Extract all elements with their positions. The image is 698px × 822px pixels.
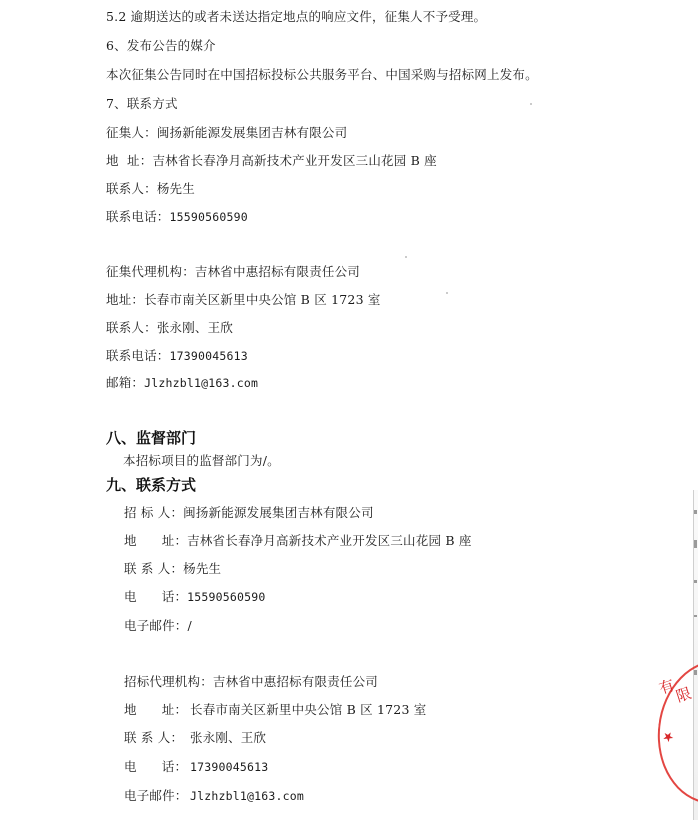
phone-row: 联系电话：15590560590 — [106, 209, 248, 225]
tender-agency-email-row: 电子邮件：Jlzhzbl1@163.com — [124, 788, 304, 804]
phone-value: 15590560590 — [170, 210, 248, 224]
tender-contact-label: 联 系 人： — [124, 561, 183, 577]
tender-agency-contact-value: 张永刚、王欣 — [190, 730, 266, 745]
scan-mark — [694, 615, 697, 617]
tender-agency-value: 吉林省中惠招标有限责任公司 — [213, 674, 378, 689]
address-label: 地 址： — [106, 153, 152, 169]
agency-email-value: Jlzhzbl1@163.com — [144, 376, 258, 390]
agency-label: 征集代理机构： — [106, 264, 195, 280]
agency-phone-value: 17390045613 — [170, 349, 248, 363]
agency-contact-value: 张永刚、王欣 — [157, 320, 233, 335]
contact-label: 联系人： — [106, 181, 157, 197]
document-page: 5.2 逾期送达的或者未送达指定地点的响应文件，征集人不予受理。 6、发布公告的… — [0, 0, 698, 822]
tenderer-row: 招 标 人：闽扬新能源发展集团吉林有限公司 — [124, 505, 374, 521]
agency-contact-label: 联系人： — [106, 320, 157, 336]
item-5-2-text: 5.2 逾期送达的或者未送达指定地点的响应文件，征集人不予受理。 — [106, 9, 486, 25]
tender-agency-label: 招标代理机构： — [124, 674, 213, 690]
phone-label: 联系电话： — [106, 209, 170, 225]
scan-speck — [405, 256, 407, 258]
agency-address-value: 长春市南关区新里中央公馆 B 区 1723 室 — [144, 292, 381, 307]
tender-address-label: 地 址： — [124, 533, 187, 549]
scan-mark — [694, 540, 697, 548]
solicitor-value: 闽扬新能源发展集团吉林有限公司 — [157, 125, 348, 140]
scan-speck — [530, 103, 532, 105]
agency-phone-label: 联系电话： — [106, 348, 170, 364]
agency-value: 吉林省中惠招标有限责任公司 — [195, 264, 360, 279]
tender-address-value: 吉林省长春净月高新技术产业开发区三山花园 B 座 — [187, 533, 471, 548]
tenderer-label: 招 标 人： — [124, 505, 183, 521]
tender-agency-address-row: 地 址：长春市南关区新里中央公馆 B 区 1723 室 — [124, 702, 427, 718]
solicitor-row: 征集人：闽扬新能源发展集团吉林有限公司 — [106, 125, 347, 141]
solicitor-label: 征集人： — [106, 125, 157, 141]
tender-agency-phone-row: 电 话：17390045613 — [124, 759, 268, 775]
section-9-title: 九、联系方式 — [106, 476, 196, 494]
agency-email-row: 邮箱：Jlzhzbl1@163.com — [106, 375, 258, 391]
tender-phone-label: 电 话： — [124, 589, 187, 605]
scan-speck — [446, 292, 448, 294]
tender-agency-contact-row: 联 系 人：张永刚、王欣 — [124, 730, 266, 746]
tender-agency-email-value: Jlzhzbl1@163.com — [190, 789, 304, 803]
tender-email-row: 电子邮件：/ — [124, 618, 192, 634]
section-8-title: 八、监督部门 — [106, 429, 196, 447]
tender-agency-row: 招标代理机构：吉林省中惠招标有限责任公司 — [124, 674, 378, 690]
agency-address-label: 地址： — [106, 292, 144, 308]
section-8-body: 本招标项目的监督部门为/。 — [123, 453, 280, 469]
address-row: 地 址：吉林省长春净月高新技术产业开发区三山花园 B 座 — [106, 153, 437, 169]
address-value: 吉林省长春净月高新技术产业开发区三山花园 B 座 — [152, 153, 436, 168]
agency-address-row: 地址：长春市南关区新里中央公馆 B 区 1723 室 — [106, 292, 381, 308]
tender-agency-contact-label: 联 系 人： — [124, 730, 190, 746]
tender-phone-value: 15590560590 — [187, 590, 265, 604]
section-7-title: 7、联系方式 — [106, 96, 178, 112]
tender-email-value: / — [188, 618, 192, 633]
tender-contact-value: 杨先生 — [183, 561, 221, 576]
tender-agency-email-label: 电子邮件： — [124, 788, 190, 804]
tender-agency-address-value: 长春市南关区新里中央公馆 B 区 1723 室 — [190, 702, 427, 717]
scan-mark — [694, 510, 697, 514]
tenderer-value: 闽扬新能源发展集团吉林有限公司 — [183, 505, 374, 520]
contact-row: 联系人：杨先生 — [106, 181, 195, 197]
tender-email-label: 电子邮件： — [124, 618, 188, 634]
agency-contact-row: 联系人：张永刚、王欣 — [106, 320, 233, 336]
tender-agency-phone-label: 电 话： — [124, 759, 190, 775]
tender-contact-row: 联 系 人：杨先生 — [124, 561, 221, 577]
tender-address-row: 地 址：吉林省长春净月高新技术产业开发区三山花园 B 座 — [124, 533, 472, 549]
contact-value: 杨先生 — [157, 181, 195, 196]
scan-mark — [694, 580, 697, 583]
tender-phone-row: 电 话：15590560590 — [124, 589, 266, 605]
section-6-body: 本次征集公告同时在中国招标投标公共服务平台、中国采购与招标网上发布。 — [106, 67, 538, 83]
tender-agency-phone-value: 17390045613 — [190, 760, 268, 774]
tender-agency-address-label: 地 址： — [124, 702, 190, 718]
agency-email-label: 邮箱： — [106, 375, 144, 391]
agency-phone-row: 联系电话：17390045613 — [106, 348, 248, 364]
section-6-title: 6、发布公告的媒介 — [106, 38, 216, 54]
agency-row: 征集代理机构：吉林省中惠招标有限责任公司 — [106, 264, 360, 280]
